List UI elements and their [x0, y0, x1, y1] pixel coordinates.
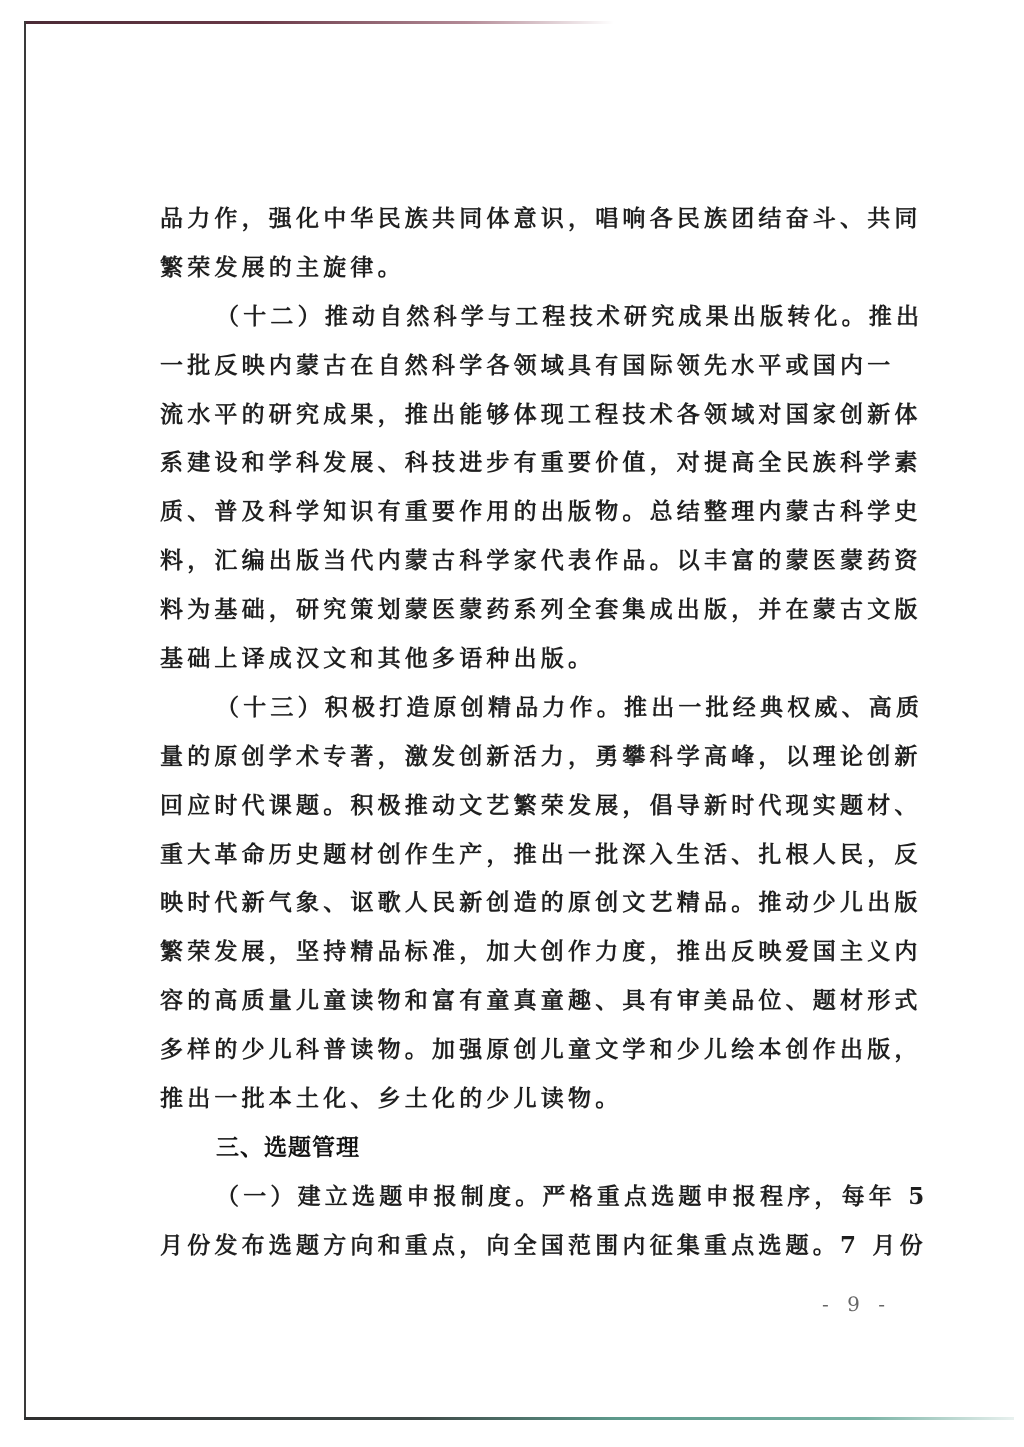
paragraph-line: 系建设和学科发展、科技进步有重要价值，对提高全民族科学素: [160, 439, 880, 488]
section-twelve-title-line: （十二）推动自然科学与工程技术研究成果出版转化。推出: [160, 293, 880, 342]
subsection-one-title-line: （一）建立选题申报制度。严格重点选题申报程序，每年 5: [160, 1173, 880, 1222]
paragraph-line: 品力作，强化中华民族共同体意识，唱响各民族团结奋斗、共同: [160, 195, 880, 244]
section-thirteen-title-line: （十三）积极打造原创精品力作。推出一批经典权威、高质: [160, 684, 880, 733]
paragraph-line: 映时代新气象、讴歌人民新创造的原创文艺精品。推动少儿出版: [160, 879, 880, 928]
paragraph-line: 回应时代课题。积极推动文艺繁荣发展，倡导新时代现实题材、: [160, 782, 880, 831]
paragraph-line: 质、普及科学知识有重要作用的出版物。总结整理内蒙古科学史: [160, 488, 880, 537]
paragraph-line: 量的原创学术专著，激发创新活力，勇攀科学高峰，以理论创新: [160, 733, 880, 782]
document-body: 品力作，强化中华民族共同体意识，唱响各民族团结奋斗、共同 繁荣发展的主旋律。 （…: [160, 195, 880, 1271]
paragraph-line: 繁荣发展，坚持精品标准，加大创作力度，推出反映爱国主义内: [160, 928, 880, 977]
paragraph-line: 一批反映内蒙古在自然科学各领域具有国际领先水平或国内一: [160, 342, 880, 391]
paragraph-line: 推出一批本土化、乡土化的少儿读物。: [160, 1075, 880, 1124]
scan-border-top: [24, 21, 614, 24]
paragraph-line: 繁荣发展的主旋律。: [160, 244, 880, 293]
paragraph-line: 月份发布选题方向和重点，向全国范围内征集重点选题。7 月份: [160, 1222, 880, 1271]
paragraph-line: 多样的少儿科普读物。加强原创儿童文学和少儿绘本创作出版，: [160, 1026, 880, 1075]
paragraph-line: 料，汇编出版当代内蒙古科学家代表作品。以丰富的蒙医蒙药资: [160, 537, 880, 586]
paragraph-line: 容的高质量儿童读物和富有童真童趣、具有审美品位、题材形式: [160, 977, 880, 1026]
paragraph-line: 料为基础，研究策划蒙医蒙药系列全套集成出版，并在蒙古文版: [160, 586, 880, 635]
scan-border-left: [24, 21, 26, 1418]
paragraph-line: 流水平的研究成果，推出能够体现工程技术各领域对国家创新体: [160, 391, 880, 440]
scan-border-bottom: [24, 1417, 1014, 1420]
paragraph-line: 重大革命历史题材创作生产，推出一批深入生活、扎根人民，反: [160, 831, 880, 880]
section-heading-topic-management: 三、选题管理: [160, 1124, 880, 1173]
paragraph-line: 基础上译成汉文和其他多语种出版。: [160, 635, 880, 684]
page-number: - 9 -: [822, 1292, 891, 1316]
